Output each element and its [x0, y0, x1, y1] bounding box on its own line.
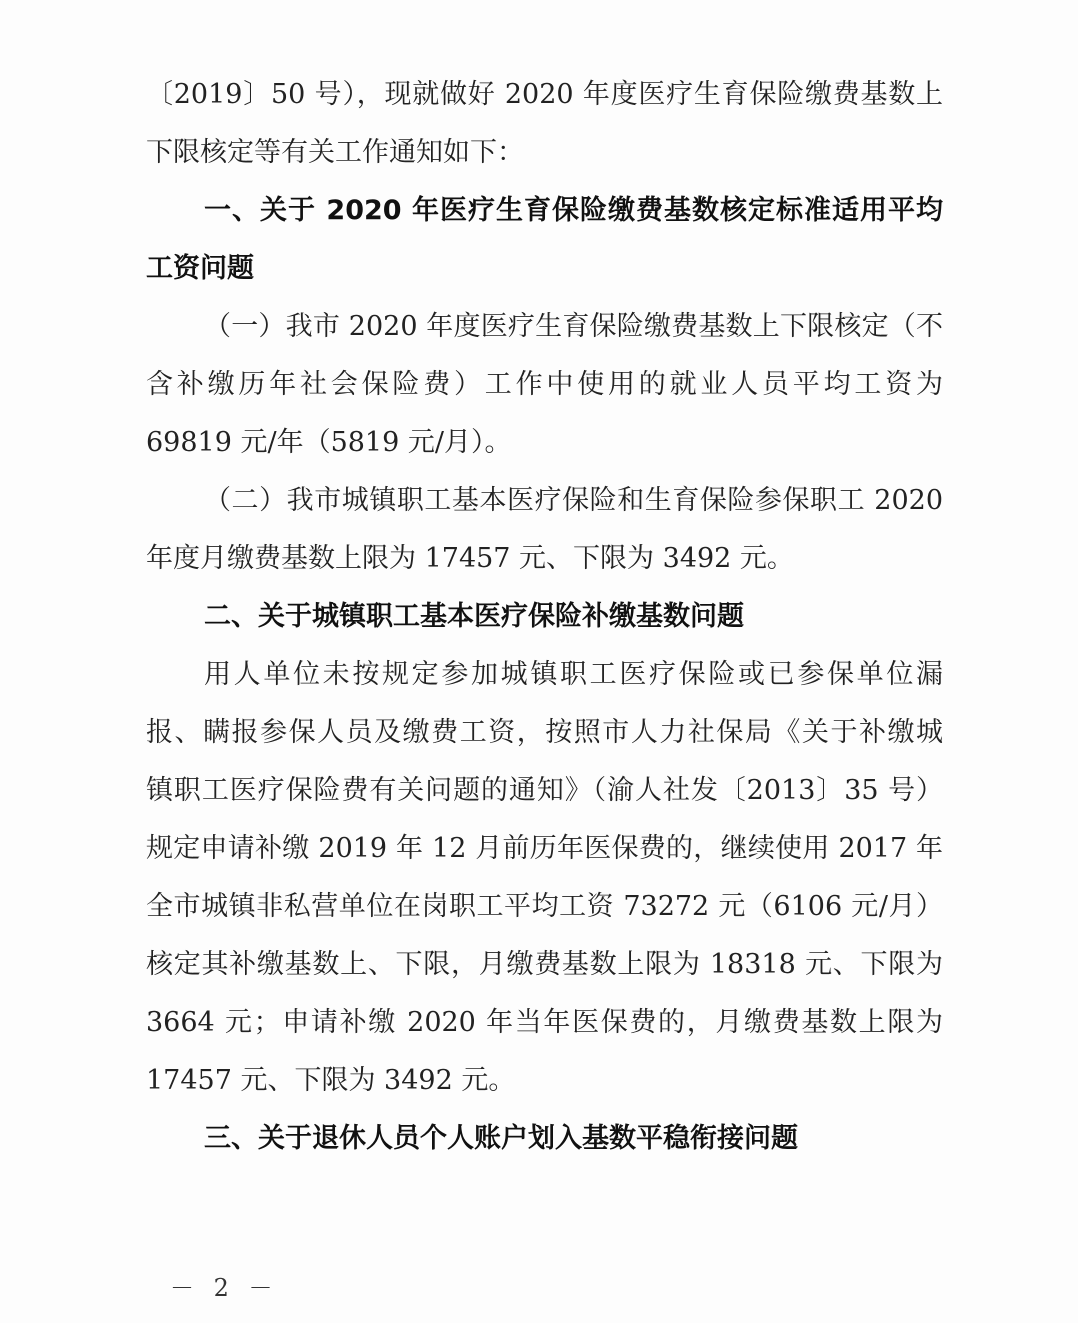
- section-heading-1-cont: 工资问题: [146, 247, 943, 291]
- section-heading-3: 三、关于退休人员个人账户划入基数平稳衔接问题: [204, 1117, 943, 1161]
- section-heading-1: 一、关于 2020 年医疗生育保险缴费基数核定标准适用平均: [204, 189, 943, 233]
- paragraph-line: （二）我市城镇职工基本医疗保险和生育保险参保职工 2020: [204, 479, 943, 523]
- paragraph-line: 下限核定等有关工作通知如下：: [146, 131, 943, 175]
- paragraph-line: 69819 元/年（5819 元/月）。: [146, 421, 943, 465]
- page-number: － 2 －: [170, 1268, 279, 1303]
- paragraph-line: 报、瞒报参保人员及缴费工资，按照市人力社保局《关于补缴城: [146, 711, 943, 755]
- paragraph-line: 核定其补缴基数上、下限，月缴费基数上限为 18318 元、下限为: [146, 943, 943, 987]
- paragraph-line: 镇职工医疗保险费有关问题的通知》（渝人社发〔2013〕35 号）: [146, 769, 943, 813]
- document-page: 〔2019〕50 号），现就做好 2020 年度医疗生育保险缴费基数上 下限核定…: [0, 0, 1078, 1323]
- paragraph-line: 含补缴历年社会保险费）工作中使用的就业人员平均工资为: [146, 363, 943, 407]
- paragraph-line: 规定申请补缴 2019 年 12 月前历年医保费的，继续使用 2017 年: [146, 827, 943, 871]
- paragraph-line: 用人单位未按规定参加城镇职工医疗保险或已参保单位漏: [204, 653, 943, 697]
- paragraph-line: 全市城镇非私营单位在岗职工平均工资 73272 元（6106 元/月）: [146, 885, 943, 929]
- paragraph-line: 17457 元、下限为 3492 元。: [146, 1059, 943, 1103]
- paragraph-line: 年度月缴费基数上限为 17457 元、下限为 3492 元。: [146, 537, 943, 581]
- section-heading-2: 二、关于城镇职工基本医疗保险补缴基数问题: [204, 595, 943, 639]
- paragraph-line: 3664 元；申请补缴 2020 年当年医保费的，月缴费基数上限为: [146, 1001, 943, 1045]
- paragraph-line: （一）我市 2020 年度医疗生育保险缴费基数上下限核定（不: [204, 305, 943, 349]
- paragraph-line: 〔2019〕50 号），现就做好 2020 年度医疗生育保险缴费基数上: [146, 73, 943, 117]
